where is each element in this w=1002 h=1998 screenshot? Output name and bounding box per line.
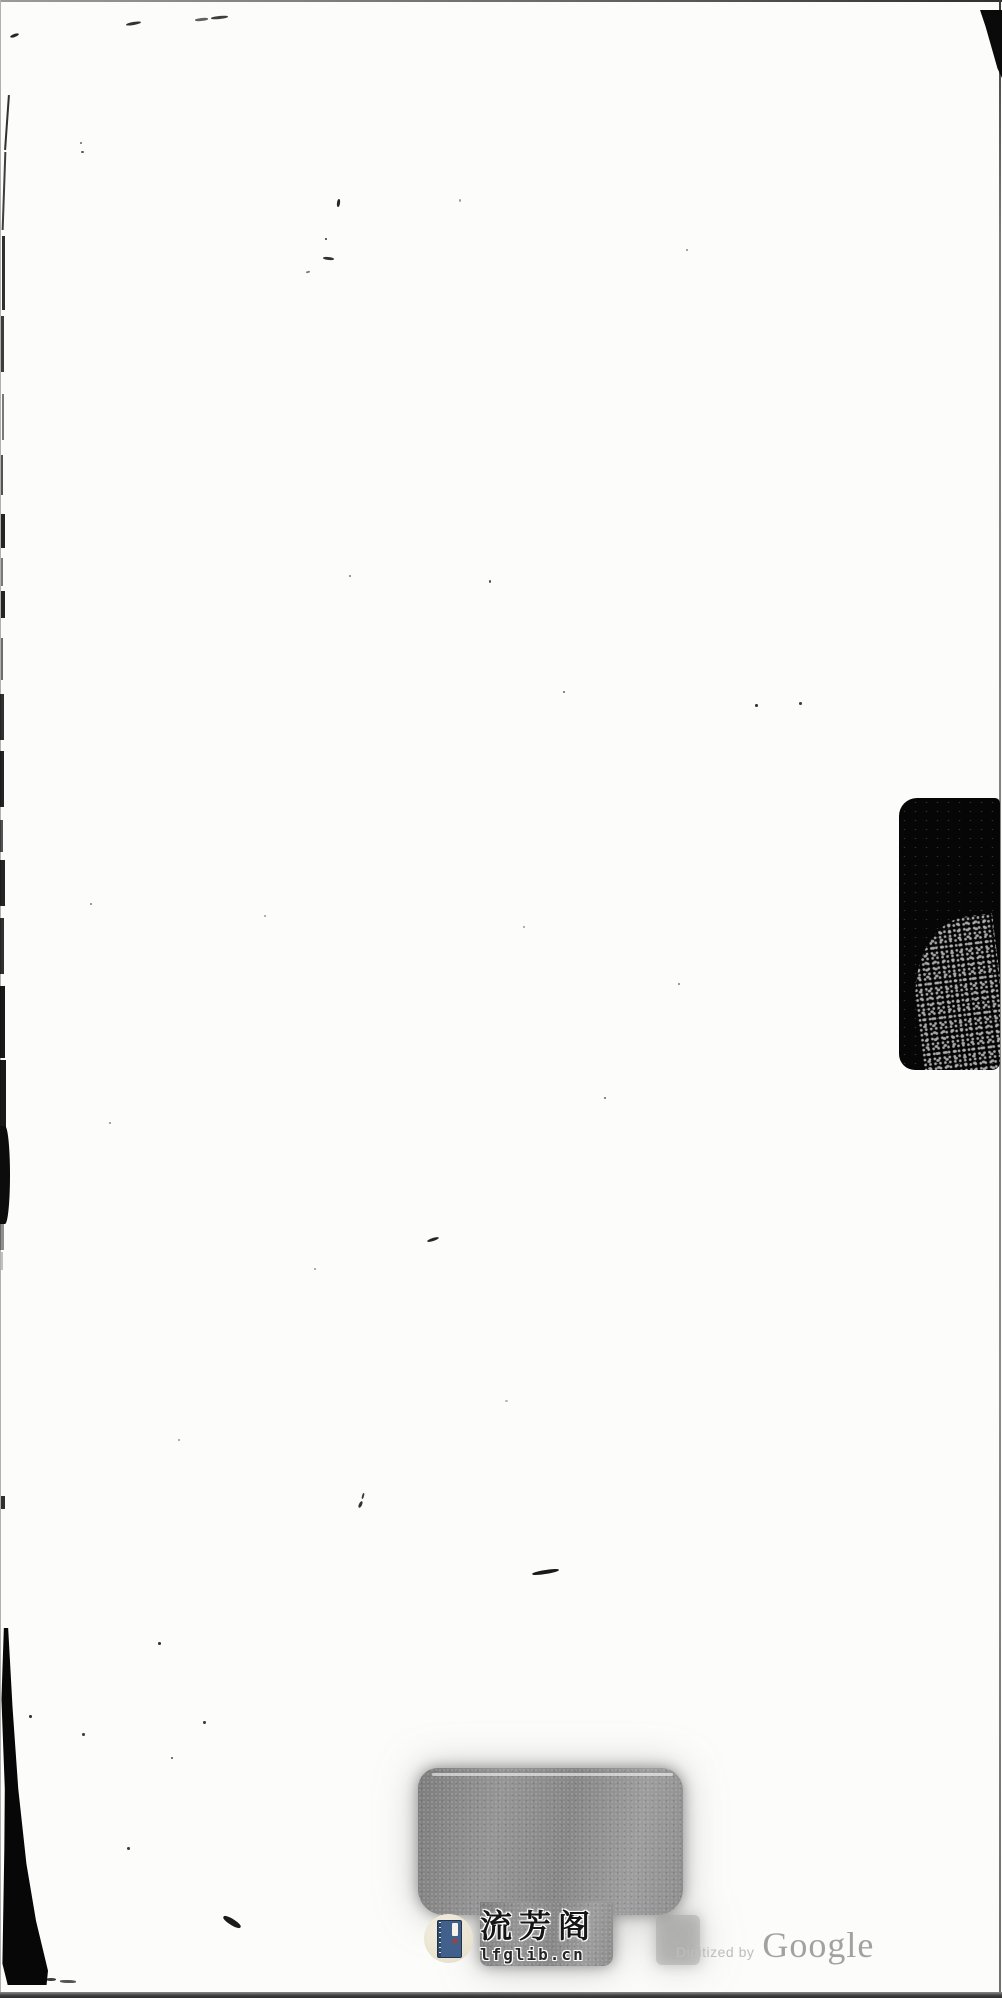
binding-segment [2,236,5,310]
binding-segment [1,514,5,548]
binding-segment [1,558,3,586]
binding-segment [0,1222,4,1250]
watermark-text: 流芳阁 lfglib.cn [480,1908,597,1964]
ink-speck [325,238,327,240]
ink-speck [678,983,680,985]
binding-segment [0,860,5,906]
binding-segment [1,1252,3,1270]
ink-speck [158,1642,161,1645]
ink-speck [523,926,525,928]
ink-speck [178,1439,180,1441]
ink-speck [211,15,228,20]
ink-speck [489,580,491,583]
ink-speck [314,1268,316,1270]
ink-speck [755,704,758,707]
watermark-url: lfglib.cn [480,1945,597,1964]
binding-segment [1,1496,5,1509]
book-label [452,1923,458,1936]
corner-ink-wedge [977,10,1002,78]
page-edge-bottom [0,1992,1002,1998]
binding-segment [1,455,3,495]
digitized-by-label: Digitized by [676,1944,754,1960]
binding-segment [4,95,10,150]
ink-speck [203,1721,206,1724]
ink-speck [799,702,802,705]
book-icon [437,1920,462,1958]
binding-segment [0,986,5,1058]
ink-speck [505,1400,508,1402]
watermark-title: 流芳阁 [480,1908,597,1944]
ink-speck [532,1568,559,1576]
ink-speck [81,151,84,153]
ink-speck [46,1978,56,1981]
binding-segment [0,1060,6,1130]
binding-segment [2,394,4,440]
ink-speck [563,691,565,693]
watermark-badge [424,1914,473,1963]
ink-speck [686,249,688,251]
binding-ink-wedge [0,1628,48,1985]
book-seal [453,1939,457,1943]
ink-speck [29,1715,32,1718]
ink-speck [80,142,82,144]
ink-speck [82,1733,85,1736]
ink-speck [349,575,351,577]
google-wordmark: Google [762,1924,874,1966]
binding-segment [0,751,4,807]
binding-segment [0,694,4,740]
page-edge-top [0,0,1002,2]
ink-speck [336,199,340,207]
ink-speck [127,1847,130,1850]
scanned-page: 流芳阁 lfglib.cn Digitized by Google [0,0,1002,1998]
ink-speck [195,17,208,21]
clasp-tab-body [418,1768,683,1915]
binding-segment [1,591,5,618]
book-stitches [439,1922,441,1956]
ink-speck [358,1501,364,1509]
ink-speck [306,271,310,274]
ink-speck [361,1493,364,1499]
ink-speck [323,256,334,260]
ink-speck [109,1122,111,1124]
binding-segment [0,1126,10,1224]
binding-segment [0,820,3,852]
ink-speck [264,915,266,917]
ink-speck [10,33,19,39]
binding-segment [1,316,4,372]
google-attribution: Digitized by Google [676,1924,874,1966]
ink-speck [60,1980,76,1983]
site-watermark: 流芳阁 lfglib.cn [424,1908,597,1964]
binding-segment [0,918,4,974]
ink-speck [427,1236,439,1243]
ink-speck [604,1097,606,1099]
ink-speck [90,903,92,905]
ink-speck [126,21,141,27]
ink-speck [222,1914,242,1930]
binding-segment [2,152,7,230]
ink-blot [899,798,1000,1070]
ink-speck [459,199,461,202]
ink-speck [171,1757,173,1759]
binding-segment [1,638,3,680]
